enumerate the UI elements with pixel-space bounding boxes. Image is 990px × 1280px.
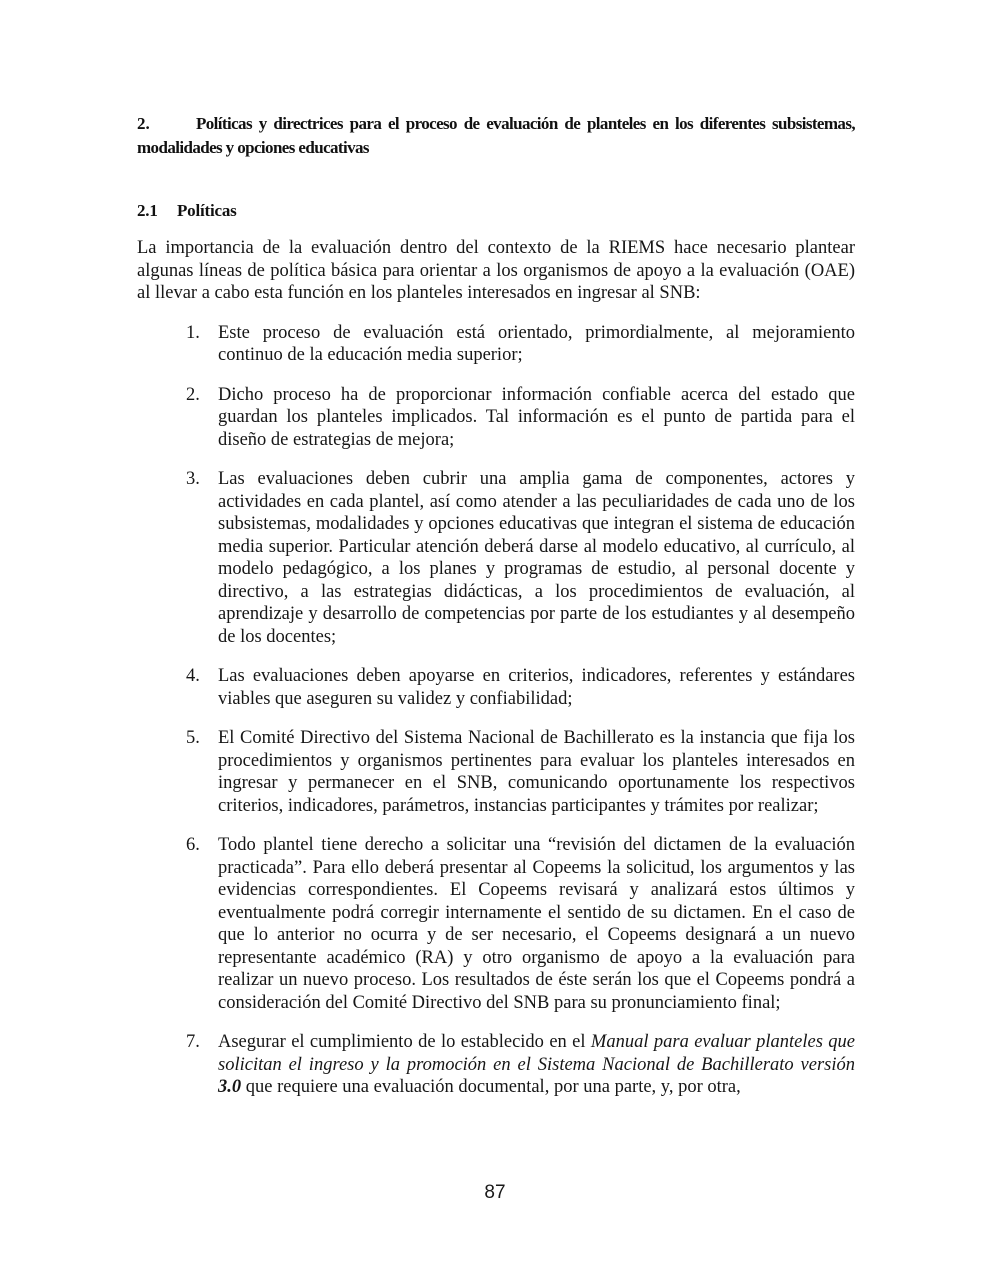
policy-item-text: El Comité Directivo del Sistema Nacional… [218, 728, 855, 816]
manual-version-segment: 3.0 [218, 1077, 241, 1097]
policy-item-text: Este proceso de evaluación está orientad… [218, 323, 855, 366]
policy-item-number: 7. [186, 1031, 200, 1054]
policy-text-plain-segment: Asegurar el cumplimiento de lo estableci… [218, 1032, 591, 1052]
subsection-number: 2.1 [137, 199, 177, 223]
subsection-heading: 2.1Políticas [137, 199, 855, 223]
policy-item-2: 2.Dicho proceso ha de proporcionar infor… [137, 384, 855, 452]
policy-item-number: 4. [186, 665, 200, 688]
policy-item-text: Asegurar el cumplimiento de lo estableci… [218, 1032, 855, 1097]
policy-item-number: 6. [186, 834, 200, 857]
policy-item-text: Las evaluaciones deben cubrir una amplia… [218, 469, 855, 647]
policy-item-3: 3.Las evaluaciones deben cubrir una ampl… [137, 468, 855, 648]
page-content: 2.Políticas y directrices para el proces… [137, 112, 855, 1099]
page-number-footer: 87 [0, 1182, 990, 1204]
policy-item-6: 6.Todo plantel tiene derecho a solicitar… [137, 834, 855, 1014]
intro-paragraph: La importancia de la evaluación dentro d… [137, 237, 855, 305]
policy-item-7: 7.Asegurar el cumplimiento de lo estable… [137, 1031, 855, 1099]
policy-item-number: 1. [186, 322, 200, 345]
policy-item-number: 5. [186, 727, 200, 750]
document-page: 2.Políticas y directrices para el proces… [0, 0, 990, 1280]
subsection-title: Políticas [177, 201, 237, 220]
policy-item-4: 4.Las evaluaciones deben apoyarse en cri… [137, 665, 855, 710]
policy-text-end-segment: que requiere una evaluación documental, … [241, 1077, 741, 1097]
policy-item-text: Todo plantel tiene derecho a solicitar u… [218, 835, 855, 1013]
policy-item-5: 5.El Comité Directivo del Sistema Nacion… [137, 727, 855, 817]
policy-item-1: 1.Este proceso de evaluación está orient… [137, 322, 855, 367]
section-number: 2. [137, 112, 196, 136]
policy-list: 1.Este proceso de evaluación está orient… [137, 322, 855, 1099]
policy-item-number: 3. [186, 468, 200, 491]
policy-item-number: 2. [186, 384, 200, 407]
policy-item-text: Dicho proceso ha de proporcionar informa… [218, 385, 855, 450]
section-heading: 2.Políticas y directrices para el proces… [137, 112, 855, 160]
section-title: Políticas y directrices para el proceso … [137, 114, 855, 157]
policy-item-text: Las evaluaciones deben apoyarse en crite… [218, 666, 855, 709]
